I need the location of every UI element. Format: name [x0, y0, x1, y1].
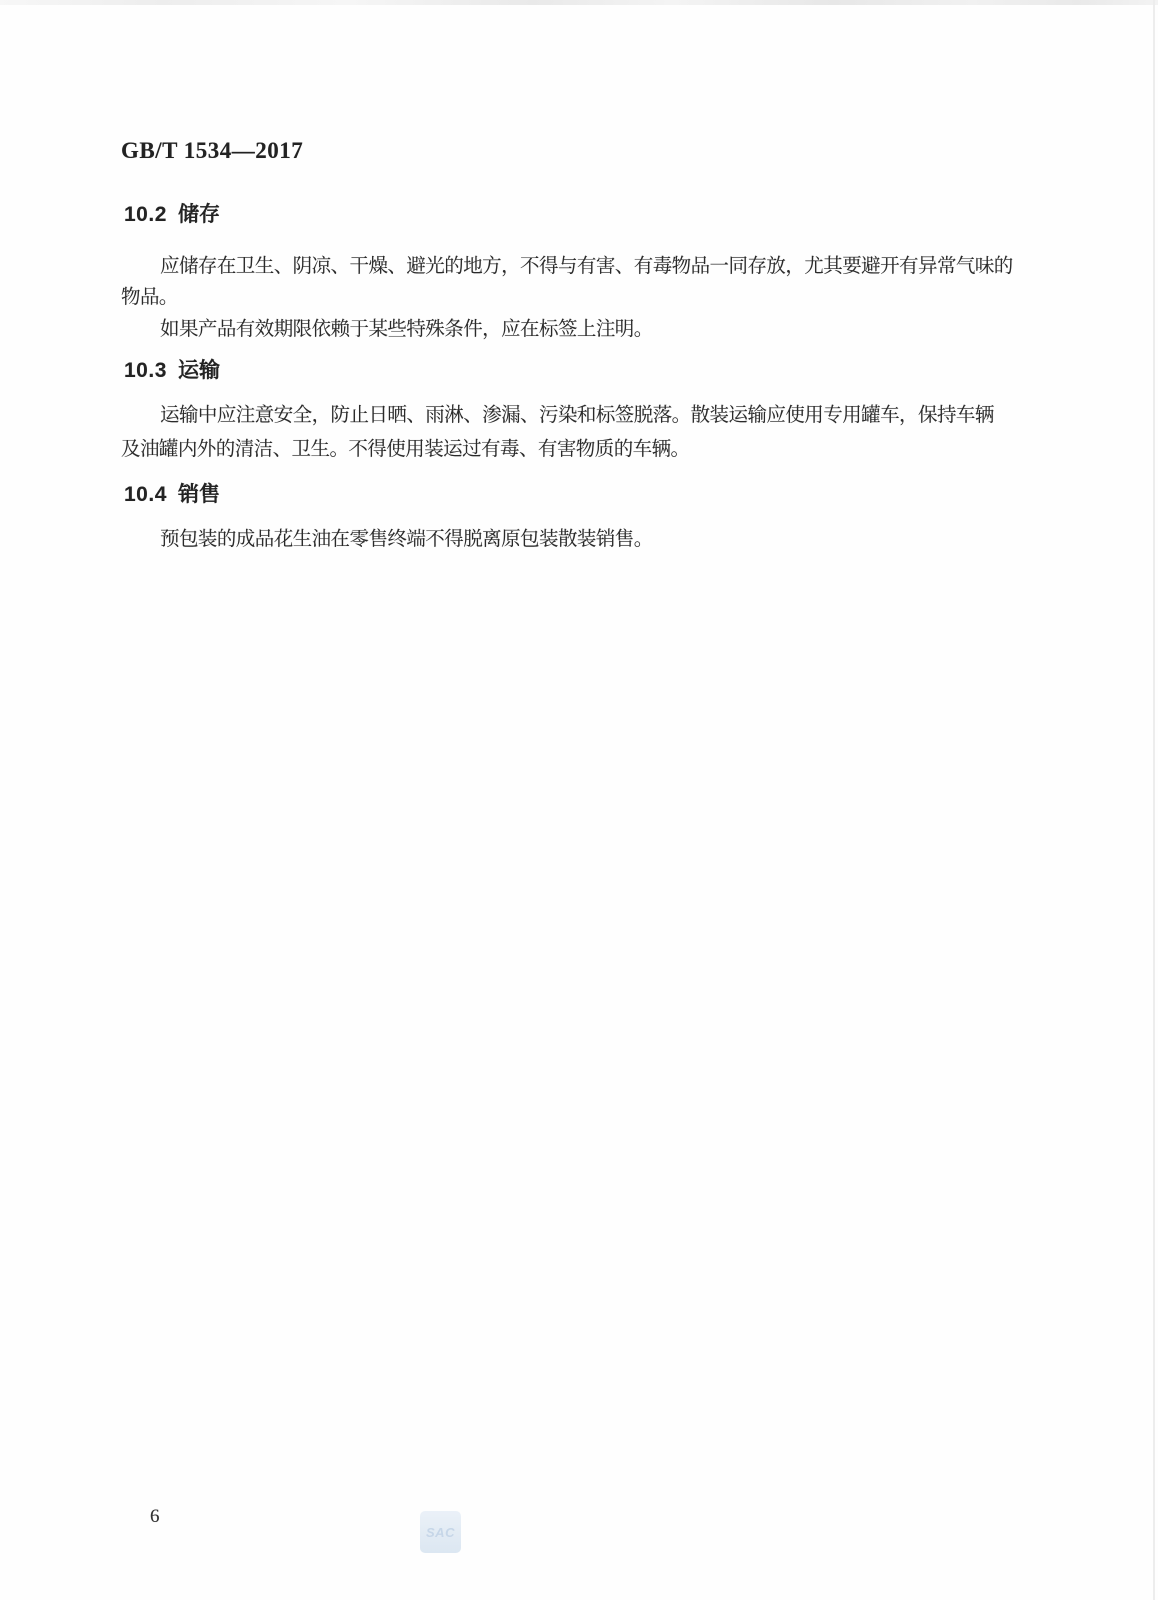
- paragraph-sales-1: 预包装的成品花生油在零售终端不得脱离原包装散装销售。: [121, 524, 653, 555]
- paragraph-line: 如果产品有效期限依赖于某些特殊条件，应在标签上注明。: [121, 314, 653, 345]
- sac-watermark: SAC: [420, 1511, 461, 1553]
- paragraph-line: 运输中应注意安全，防止日晒、雨淋、渗漏、污染和标签脱落。散装运输应使用专用罐车，…: [121, 399, 994, 433]
- section-heading-sales: 10.4销售: [124, 483, 220, 506]
- section-heading-transport: 10.3运输: [124, 359, 220, 382]
- section-title: 运输: [178, 359, 220, 382]
- scan-artifact-right-edge: [1153, 0, 1155, 1600]
- section-number: 10.4: [124, 483, 178, 506]
- section-title: 销售: [178, 483, 220, 506]
- paragraph-transport-1: 运输中应注意安全，防止日晒、雨淋、渗漏、污染和标签脱落。散装运输应使用专用罐车，…: [121, 399, 994, 467]
- paragraph-storage-2: 如果产品有效期限依赖于某些特殊条件，应在标签上注明。: [121, 314, 653, 345]
- paragraph-line: 物品。: [121, 282, 1013, 313]
- document-page: GB/T 1534—2017 10.2储存 应储存在卫生、阴凉、干燥、避光的地方…: [0, 0, 1158, 1600]
- standard-code: GB/T 1534—2017: [121, 138, 303, 164]
- page-number: 6: [150, 1506, 160, 1528]
- section-title: 储存: [178, 203, 220, 226]
- paragraph-line: 预包装的成品花生油在零售终端不得脱离原包装散装销售。: [121, 524, 653, 555]
- section-number: 10.3: [124, 359, 178, 382]
- scan-artifact-top-edge: [0, 0, 1158, 5]
- section-number: 10.2: [124, 203, 178, 226]
- paragraph-line: 应储存在卫生、阴凉、干燥、避光的地方，不得与有害、有毒物品一同存放，尤其要避开有…: [121, 251, 1013, 282]
- sac-watermark-text: SAC: [426, 1525, 455, 1540]
- paragraph-storage-1: 应储存在卫生、阴凉、干燥、避光的地方，不得与有害、有毒物品一同存放，尤其要避开有…: [121, 251, 1013, 313]
- section-heading-storage: 10.2储存: [124, 203, 220, 226]
- paragraph-line: 及油罐内外的清洁、卫生。不得使用装运过有毒、有害物质的车辆。: [121, 433, 994, 467]
